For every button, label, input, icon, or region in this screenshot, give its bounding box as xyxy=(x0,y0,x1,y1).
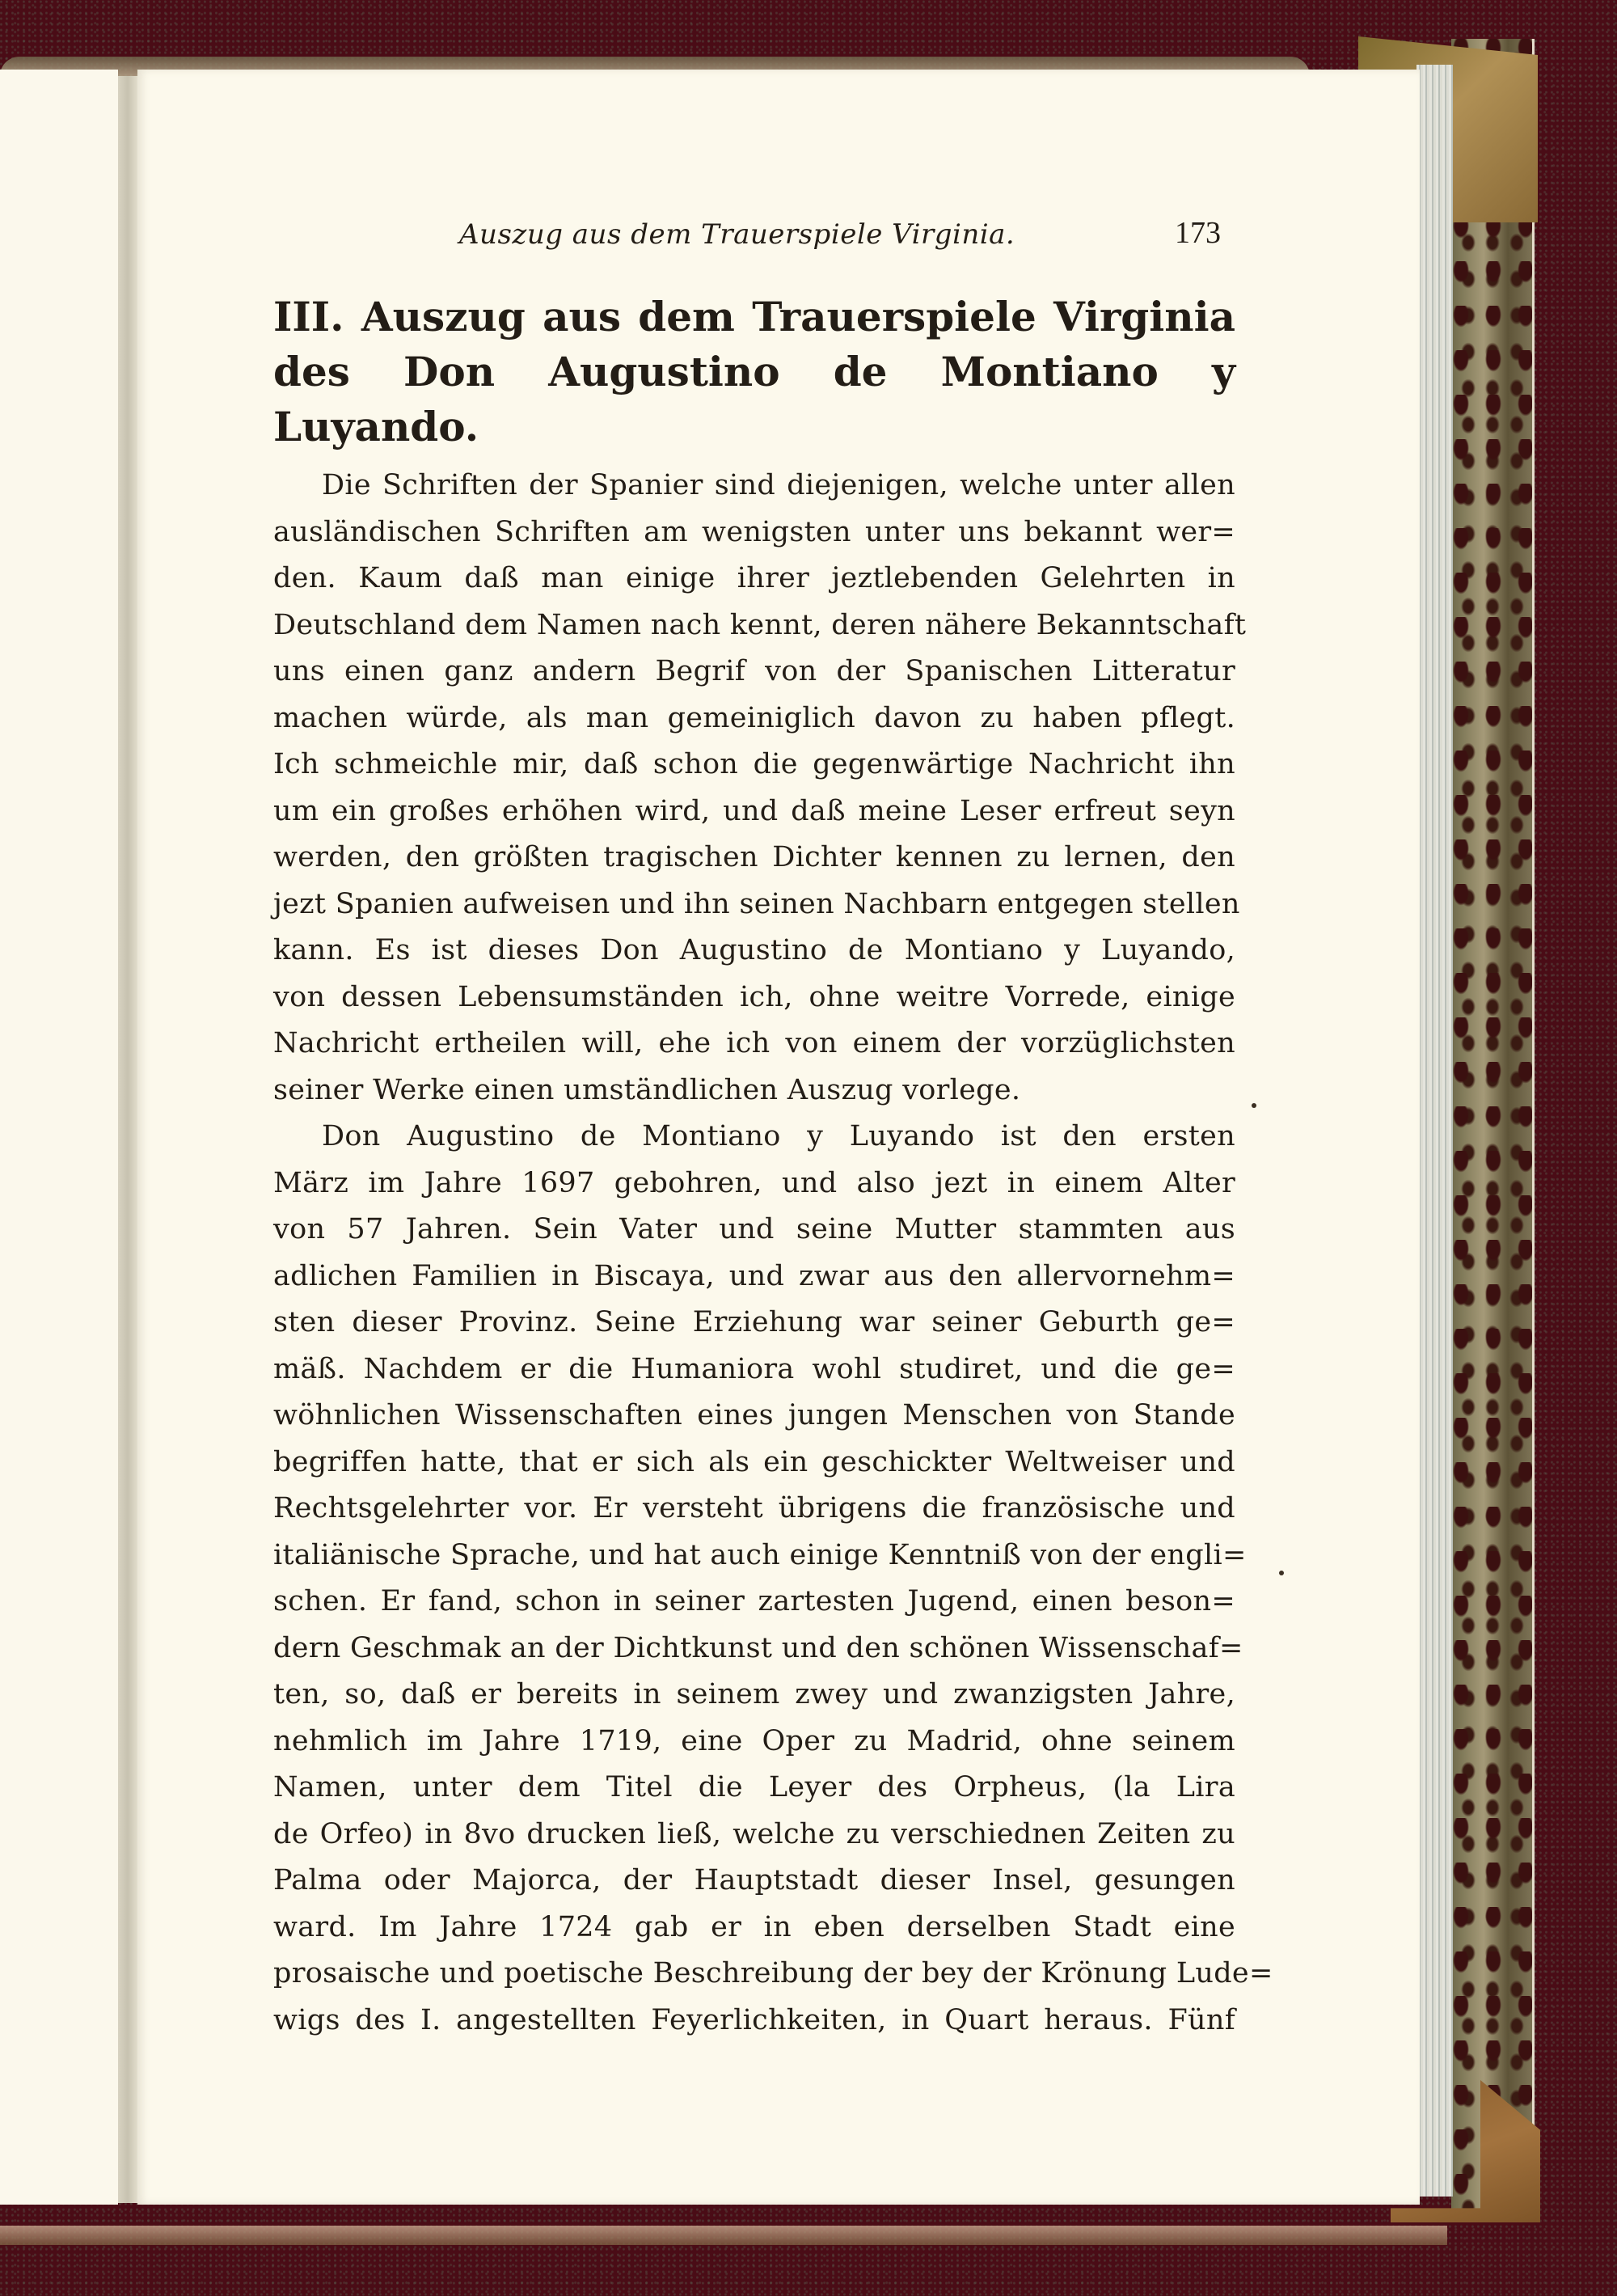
text-line: Don Augustino de Montiano y Luyando ist … xyxy=(273,1114,1235,1161)
text-line: ausländischen Schriften am wenigsten unt… xyxy=(273,510,1235,556)
body-paragraph-1: Die Schriften der Spanier sind diejenige… xyxy=(273,463,1235,1114)
text-line: Namen, unter dem Titel die Leyer des Orp… xyxy=(273,1765,1235,1812)
text-line: machen würde, als man gemeiniglich davon… xyxy=(273,696,1235,742)
heading-line: III. Auszug aus dem Trauerspiele Virgini… xyxy=(273,290,1235,345)
text-line: dern Geschmak an der Dichtkunst und den … xyxy=(273,1626,1235,1672)
book-gutter xyxy=(118,76,137,2203)
text-line: Ich schmeichle mir, daß schon die gegenw… xyxy=(273,742,1235,789)
text-line: Rechtsgelehrter vor. Er versteht übrigen… xyxy=(273,1486,1235,1533)
page-number: 173 xyxy=(1175,215,1221,251)
margin-speck xyxy=(1279,1571,1284,1575)
text-line: Nachricht ertheilen will, ehe ich von ei… xyxy=(273,1021,1235,1068)
text-line: schen. Er fand, schon in seiner zarteste… xyxy=(273,1579,1235,1626)
text-line: von dessen Lebensumständen ich, ohne wei… xyxy=(273,975,1235,1021)
text-line: de Orfeo) in 8vo drucken ließ, welche zu… xyxy=(273,1812,1235,1858)
page-text-block: Auszug aus dem Trauerspiele Virginia. 17… xyxy=(273,210,1235,2044)
marbled-cover-board xyxy=(1451,39,1535,2222)
text-line: kann. Es ist dieses Don Augustino de Mon… xyxy=(273,928,1235,975)
text-line: adlichen Familien in Biscaya, und zwar a… xyxy=(273,1254,1235,1300)
left-page xyxy=(0,70,118,2205)
heading-line: des Don Augustino de Montiano y Luyando. xyxy=(273,345,1235,455)
running-head: Auszug aus dem Trauerspiele Virginia. 17… xyxy=(273,210,1235,267)
text-line: werden, den größten tragischen Dichter k… xyxy=(273,835,1235,882)
text-line: italiänische Sprache, und hat auch einig… xyxy=(273,1533,1235,1579)
text-line: prosaische und poetische Beschreibung de… xyxy=(273,1951,1235,1998)
text-line: ward. Im Jahre 1724 gab er in eben derse… xyxy=(273,1905,1235,1951)
text-line: den. Kaum daß man einige ihrer jeztleben… xyxy=(273,556,1235,603)
text-line: Palma oder Majorca, der Hauptstadt diese… xyxy=(273,1858,1235,1905)
text-line: mäß. Nachdem er die Humaniora wohl studi… xyxy=(273,1347,1235,1393)
running-head-title: Auszug aus dem Trauerspiele Virginia. xyxy=(459,218,1015,251)
text-line: Die Schriften der Spanier sind diejenige… xyxy=(273,463,1235,510)
text-line: ten, so, daß er bereits in seinem zwey u… xyxy=(273,1672,1235,1719)
text-line: von 57 Jahren. Sein Vater und seine Mutt… xyxy=(273,1207,1235,1254)
text-line: begriffen hatte, that er sich als ein ge… xyxy=(273,1440,1235,1486)
section-heading: III. Auszug aus dem Trauerspiele Virgini… xyxy=(273,290,1235,455)
text-line: um ein großes erhöhen wird, und daß mein… xyxy=(273,789,1235,835)
text-line: wöhnlichen Wissenschaften eines jungen M… xyxy=(273,1393,1235,1440)
body-paragraph-2: Don Augustino de Montiano y Luyando ist … xyxy=(273,1114,1235,2044)
text-line: März im Jahre 1697 gebohren, und also je… xyxy=(273,1161,1235,1207)
margin-speck xyxy=(1252,1103,1256,1108)
text-line: nehmlich im Jahre 1719, eine Oper zu Mad… xyxy=(273,1719,1235,1765)
text-line: sten dieser Provinz. Seine Erziehung war… xyxy=(273,1300,1235,1347)
page-edges xyxy=(1416,65,1453,2197)
text-line: Deutschland dem Namen nach kennt, deren … xyxy=(273,603,1235,649)
text-line: jezt Spanien aufweisen und ihn seinen Na… xyxy=(273,882,1235,928)
text-line: uns einen ganz andern Begrif von der Spa… xyxy=(273,649,1235,696)
text-line: seiner Werke einen umständlichen Auszug … xyxy=(273,1068,1235,1114)
text-line: wigs des I. angestellten Feyerlichkeiten… xyxy=(273,1998,1235,2044)
book-spine-bottom xyxy=(0,2226,1447,2245)
